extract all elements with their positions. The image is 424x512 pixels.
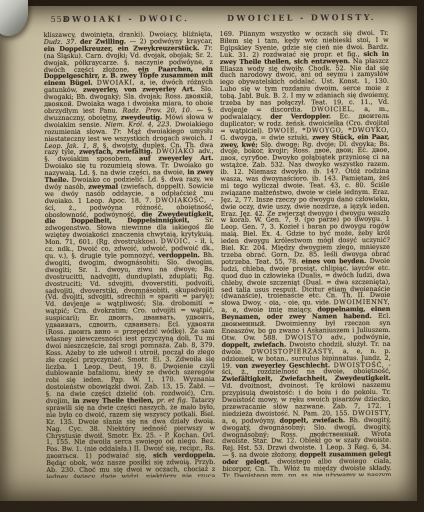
- text-segment: Slo. dwoge; Rg. dvoje; Dl. dvoyka; Bs. d…: [220, 139, 390, 265]
- dictionary-page: 558 DWOIAKI - DWOIC. DWOICIEL - DWOISTY.…: [0, 6, 417, 501]
- running-head: 558 DWOIAKI - DWOIC. DWOICIEL - DWOISTY.: [0, 11, 416, 30]
- text-column-left: kliszawcy, dwoinięta, dranki). Dwoiacy, …: [44, 31, 216, 478]
- page-content: 558 DWOIAKI - DWOIC. DWOICIEL - DWOISTY.…: [0, 5, 419, 503]
- text-block: kliszawcy, dwoinięta, dranki). Dwoiacy, …: [0, 27, 418, 479]
- text-column-right: 169. Piianym wszystko w oczach się dwoi.…: [220, 30, 392, 477]
- running-head-right: DWOICIEL - DWOISTY.: [215, 12, 389, 23]
- text-segment: Bh. dwogiti, dwogim, dwognásobiti; Slo. …: [45, 251, 215, 405]
- text-segment: Będąc obok, wóz nasze posiłki się zdwoią…: [46, 458, 215, 478]
- running-head-left: DWOIAKI - DWOIC.: [44, 13, 209, 24]
- book-photo: 558 DWOIAKI - DWOIC. DWOICIEL - DWOISTY.…: [0, 0, 424, 512]
